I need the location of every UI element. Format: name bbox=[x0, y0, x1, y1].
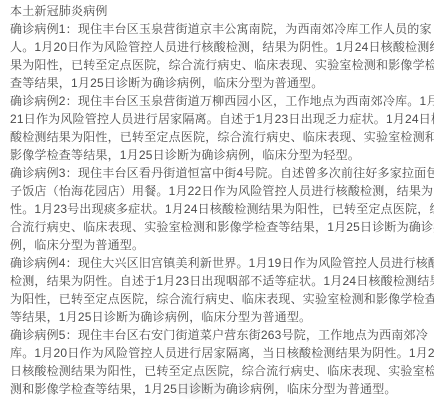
text-line: 确诊病例3：现住丰台区看丹街道恒富中街4号院。自述曾多次前往好多家拉面包 bbox=[10, 164, 434, 182]
text-line: 确诊病例1：现住丰台区玉泉营街道京丰公寓南院，为西南郊冷库工作人员的家 bbox=[10, 20, 434, 38]
text-line: 日核酸检测结果为阳性，已转至定点医院，综合流行病史、临床表现、实验室检 bbox=[10, 362, 434, 380]
text-line: 21日作为风险管控人员进行居家隔离。自述于1月23日出现乏力症状。1月24日核 bbox=[10, 110, 434, 128]
text-line: 酸检测结果为阳性，已转至定点医院，综合流行病史、临床表现、实验室检测和 bbox=[10, 128, 434, 146]
text-line: 测和影像学检查等结果，1月25日诊断为确诊病例，临床分型为普通型。 bbox=[10, 380, 434, 398]
text-line: 例，临床分型为普通型。 bbox=[10, 236, 434, 254]
text-line: 性。1月23号出现痰多症状。1月24日核酸检测结果为阳性，已转至定点医院，综 bbox=[10, 200, 434, 218]
case-paragraph: 确诊病例1：现住丰台区玉泉营街道京丰公寓南院，为西南郊冷库工作人员的家人。1月2… bbox=[10, 20, 434, 92]
text-line: 影像学检查等结果，1月25日诊断为确诊病例，临床分型为轻型。 bbox=[10, 146, 434, 164]
text-line: 检测，结果为阴性。自述于1月23日出现咽部不适等症状。1月24日核酸检测结果 bbox=[10, 272, 434, 290]
page-title: 本土新冠肺炎病例 bbox=[10, 2, 434, 20]
text-line: 查等结果，1月25日诊断为确诊病例，临床分型为普通型。 bbox=[10, 74, 434, 92]
covid-case-document: 本土新冠肺炎病例 确诊病例1：现住丰台区玉泉营街道京丰公寓南院，为西南郊冷库工作… bbox=[10, 2, 434, 398]
text-line: 子饭店（怡海花园店）用餐。1月22日作为风险管控人员进行核酸检测，结果为阴 bbox=[10, 182, 434, 200]
text-line: 人。1月20日作为风险管控人员进行核酸检测，结果为阴性。1月24日核酸检测结 bbox=[10, 38, 434, 56]
case-paragraphs: 确诊病例1：现住丰台区玉泉营街道京丰公寓南院，为西南郊冷库工作人员的家人。1月2… bbox=[10, 20, 434, 398]
text-line: 确诊病例2：现住丰台区玉泉营街道万柳西园小区，工作地点为西南郊冷库。1月 bbox=[10, 92, 434, 110]
case-paragraph: 确诊病例5：现住丰台区右安门街道菜户营东街263号院，工作地点为西南郊冷库。1月… bbox=[10, 326, 434, 398]
text-line: 确诊病例4：现住大兴区旧宫镇美利新世界。1月19日作为风险管控人员进行核酸 bbox=[10, 254, 434, 272]
text-line: 为阳性，已转至定点医院，综合流行病史、临床表现、实验室检测和影像学检查 bbox=[10, 290, 434, 308]
text-line: 合流行病史、临床表现、实验室检测和影像学检查等结果，1月25日诊断为确诊病 bbox=[10, 218, 434, 236]
case-paragraph: 确诊病例3：现住丰台区看丹街道恒富中街4号院。自述曾多次前往好多家拉面包子饭店（… bbox=[10, 164, 434, 254]
text-line: 等结果，1月25日诊断为确诊病例，临床分型为普通型。 bbox=[10, 308, 434, 326]
text-line: 确诊病例5：现住丰台区右安门街道菜户营东街263号院，工作地点为西南郊冷 bbox=[10, 326, 434, 344]
text-line: 果为阳性，已转至定点医院，综合流行病史、临床表现、实验室检测和影像学检 bbox=[10, 56, 434, 74]
case-paragraph: 确诊病例2：现住丰台区玉泉营街道万柳西园小区，工作地点为西南郊冷库。1月21日作… bbox=[10, 92, 434, 164]
case-paragraph: 确诊病例4：现住大兴区旧宫镇美利新世界。1月19日作为风险管控人员进行核酸检测，… bbox=[10, 254, 434, 326]
text-line: 库。1月20日作为风险管控人员进行居家隔离，当日核酸检测结果为阴性。1月24 bbox=[10, 344, 434, 362]
